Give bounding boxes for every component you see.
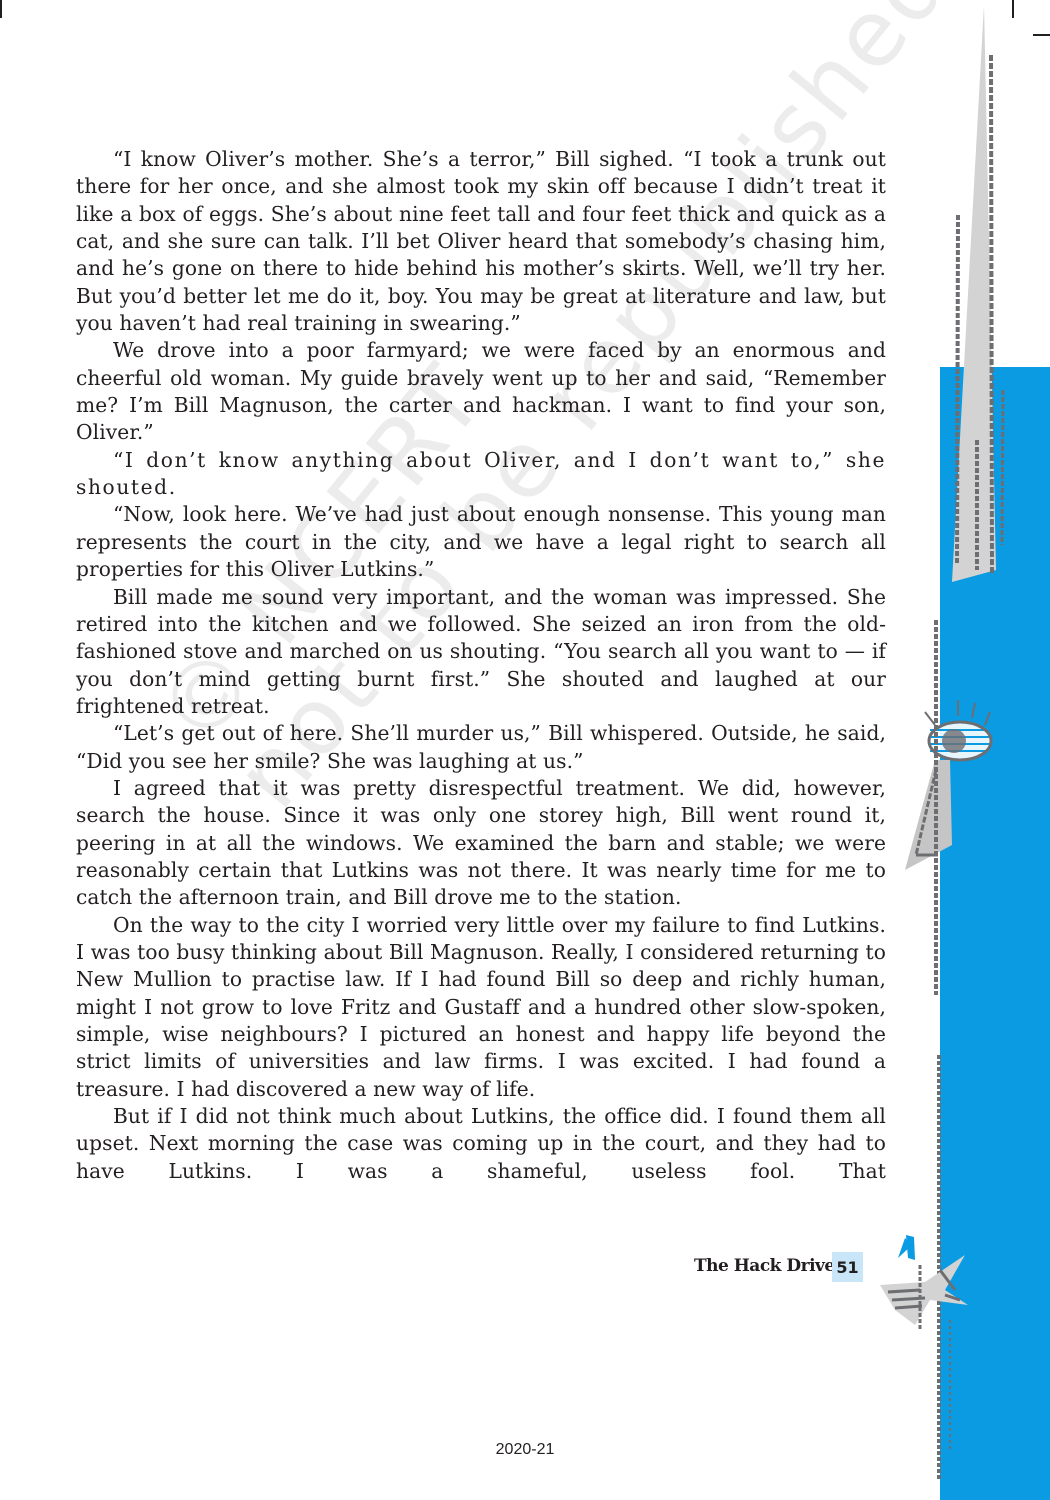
paragraph: But if I did not think much about Lutkin… — [76, 1103, 886, 1185]
spire-icon — [952, 5, 1003, 582]
book-page: © NCERT not to be republished “I know Ol… — [0, 0, 1050, 1500]
paragraph: On the way to the city I worried very li… — [76, 912, 886, 1103]
paragraph: “Let’s get out of here. She’ll murder us… — [76, 720, 886, 775]
running-head-title: The Hack Driver — [694, 1256, 843, 1276]
paragraph: Bill made me sound very important, and t… — [76, 584, 886, 721]
edition-year: 2020-21 — [0, 1441, 1050, 1459]
page-number: 51 — [832, 1252, 863, 1282]
hand-star-icon — [880, 1235, 968, 1330]
paragraph: I agreed that it was pretty disrespectfu… — [76, 775, 886, 912]
spike-icon — [905, 760, 952, 870]
paragraph: “I know Oliver’s mother. She’s a terror,… — [76, 146, 886, 337]
body-text: “I know Oliver’s mother. She’s a terror,… — [76, 146, 886, 1185]
paragraph: We drove into a poor farmyard; we were f… — [76, 337, 886, 446]
paragraph: “Now, look here. We’ve had just about en… — [76, 501, 886, 583]
paragraph: “I don’t know anything about Oliver, and… — [76, 447, 886, 502]
